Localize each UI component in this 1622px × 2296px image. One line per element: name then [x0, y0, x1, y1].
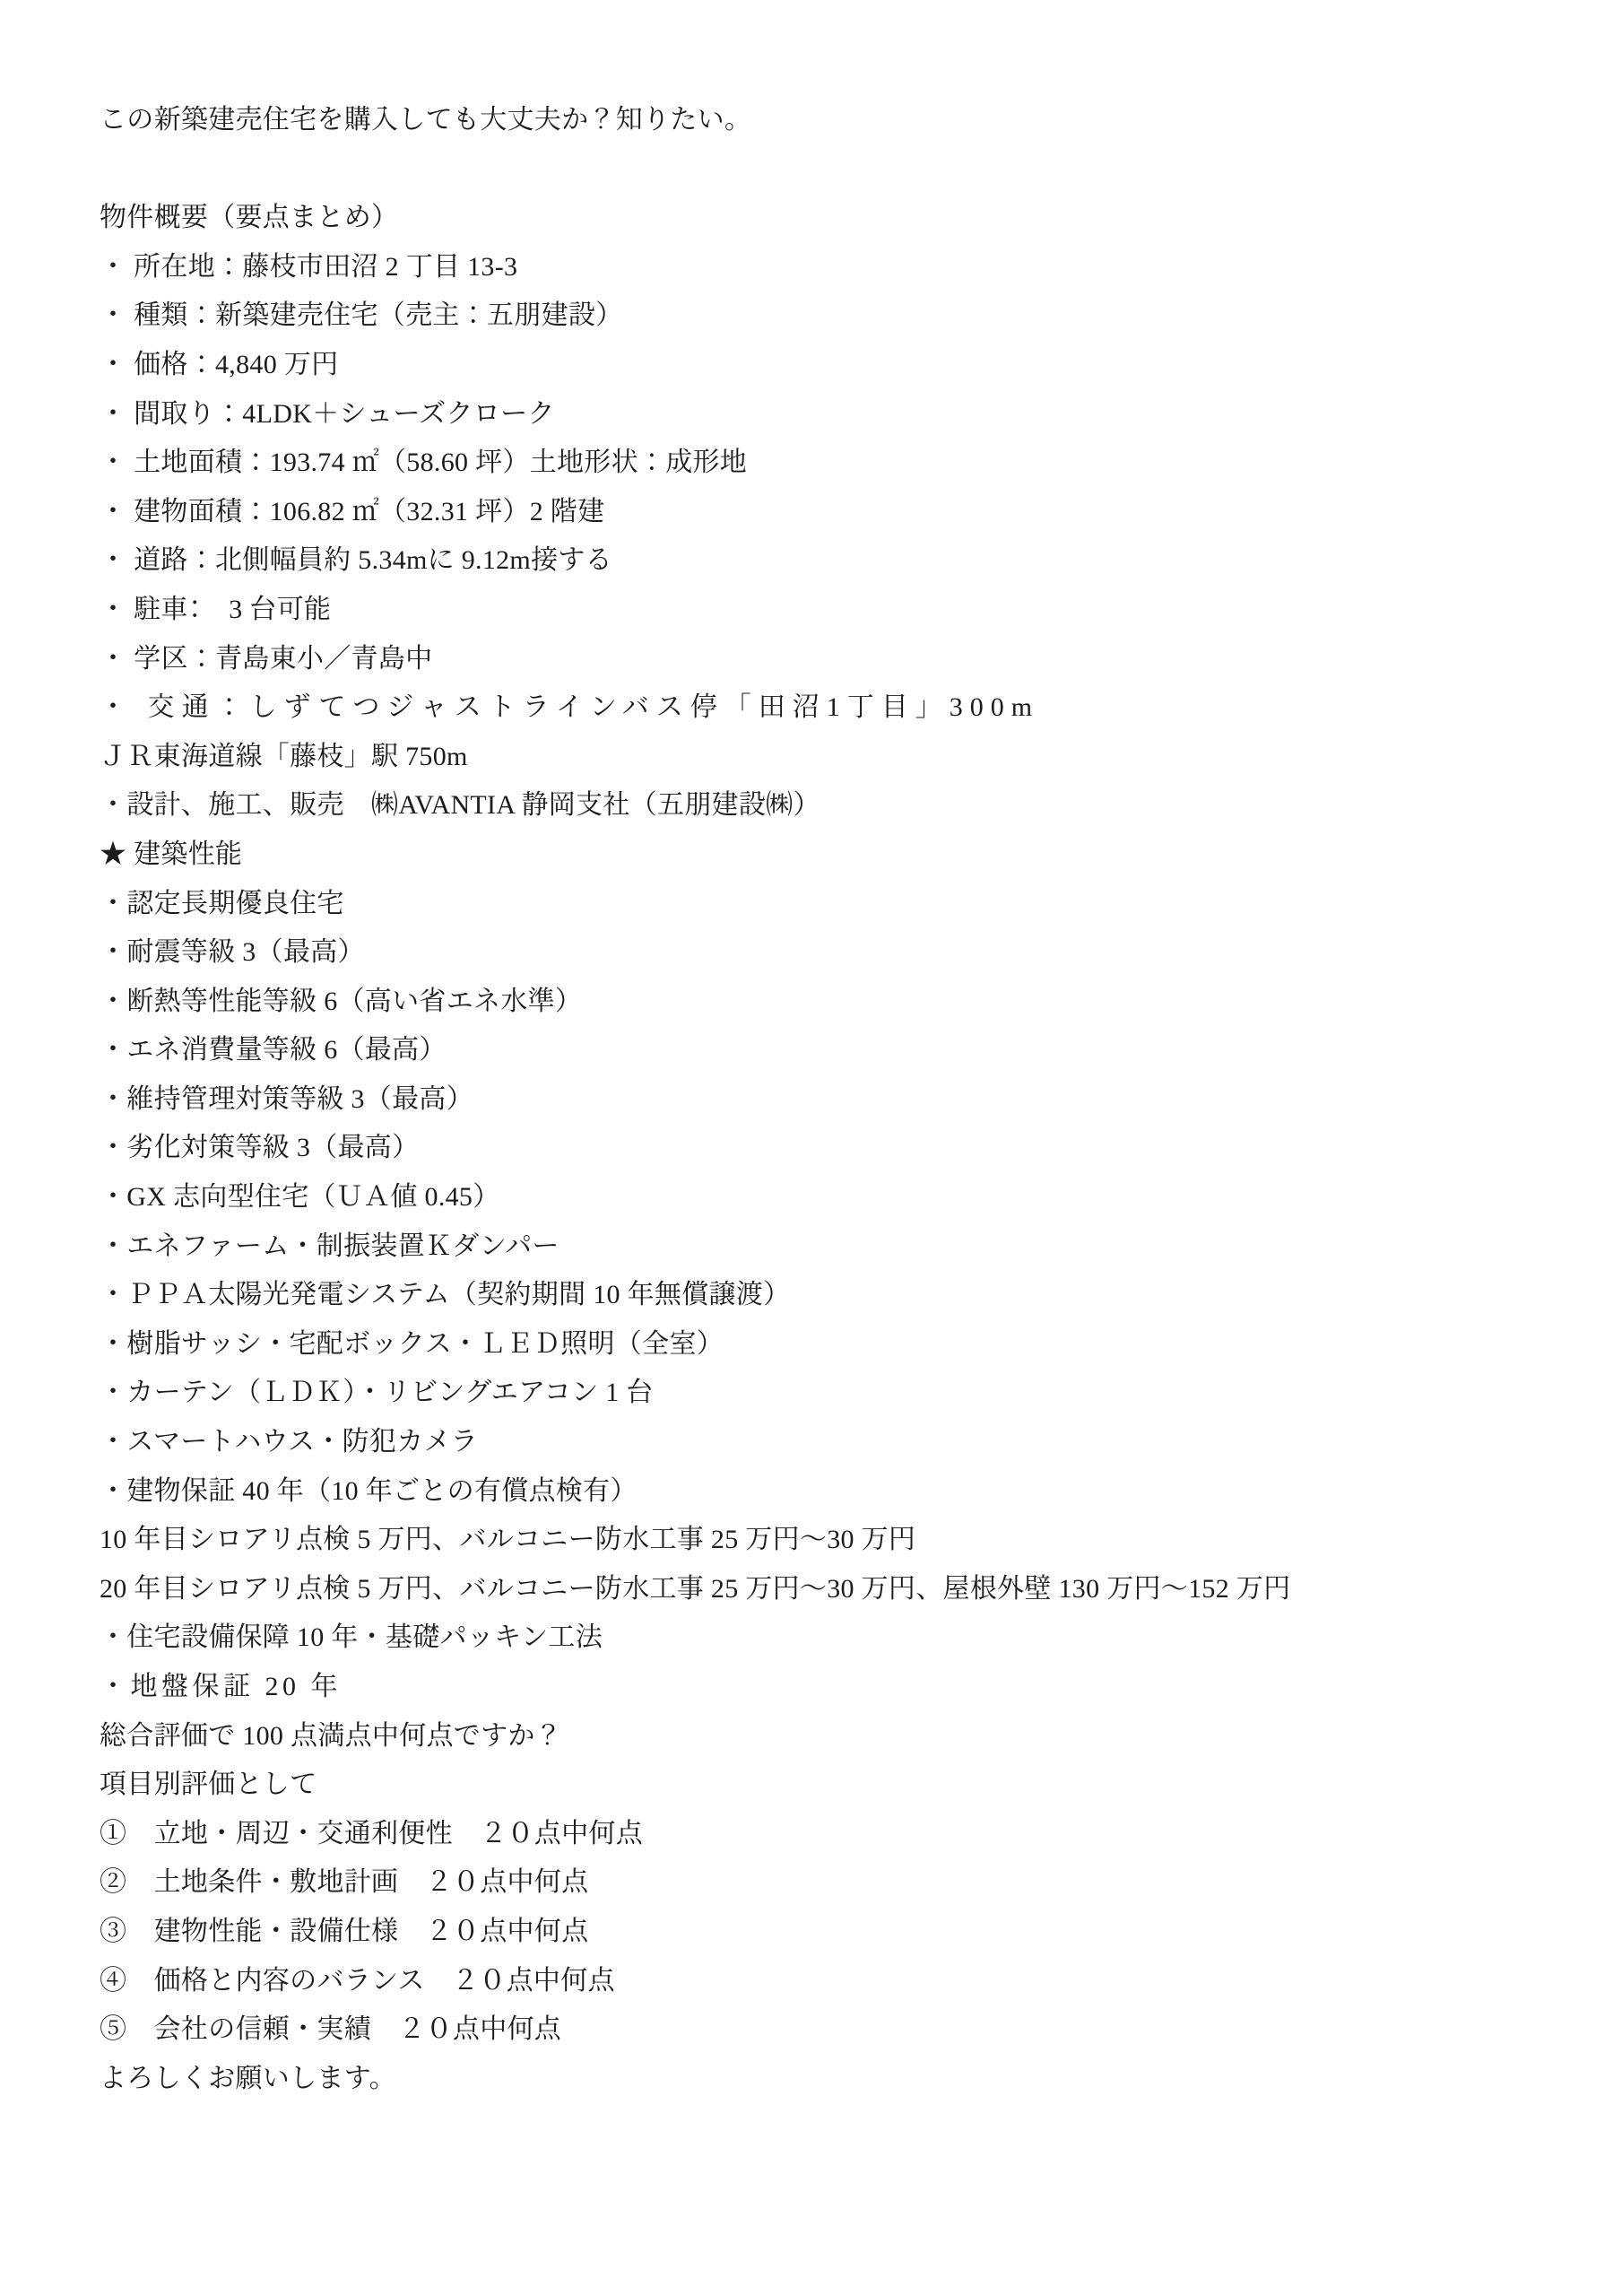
performance-item-enefarm: ・エネファーム・制振装置Ｋダンパー [100, 1222, 1588, 1272]
performance-item-smarthouse: ・スマートハウス・防犯カメラ [100, 1418, 1588, 1467]
performance-item-equipment: ・住宅設備保障 10 年・基礎パッキン工法 [100, 1613, 1588, 1663]
document-body: この新築建売住宅を購入しても大丈夫か？知りたい。物件概要（要点まとめ）・ 所在地… [100, 96, 1588, 2103]
overview-item-transport: ・ 交通：しずてつジャストラインバス停「田沼1丁目」300m [100, 683, 1588, 733]
itemized-evaluation-heading: 項目別評価として [100, 1761, 1588, 1810]
blank-line [100, 145, 1588, 195]
performance-item-longlife: ・認定長期優良住宅 [100, 880, 1588, 929]
evaluation-item-5: ⑤ 会社の信頼・実績 ２０点中何点 [100, 2005, 1588, 2055]
overview-item-floorplan: ・ 間取り：4LDK＋シューズクローク [100, 390, 1588, 439]
performance-item-degradation: ・劣化対策等級 3（最高） [100, 1124, 1588, 1173]
performance-item-insulation: ・断熱等性能等級 6（高い省エネ水準） [100, 978, 1588, 1027]
performance-heading: ★ 建築性能 [100, 831, 1588, 880]
transport-continuation: ＪＲ東海道線「藤枝」駅 750m [100, 733, 1588, 782]
closing-line: よろしくお願いします。 [100, 2055, 1588, 2104]
question-line: この新築建売住宅を購入しても大丈夫か？知りたい。 [100, 96, 1588, 145]
overview-item-price: ・ 価格：4,840 万円 [100, 341, 1588, 390]
evaluation-item-4: ④ 価格と内容のバランス ２０点中何点 [100, 1957, 1588, 2006]
performance-item-ppa: ・ＰＰＡ太陽光発電システム（契約期間 10 年無償譲渡） [100, 1271, 1588, 1320]
performance-item-gx: ・GX 志向型住宅（ＵＡ値 0.45） [100, 1173, 1588, 1222]
performance-item-maintenance: ・維持管理対策等級 3（最高） [100, 1075, 1588, 1125]
evaluation-item-1: ① 立地・周辺・交通利便性 ２０点中何点 [100, 1810, 1588, 1859]
performance-item-ground: ・地盤保証 20 年 [100, 1663, 1588, 1712]
overview-item-road: ・ 道路：北側幅員約 5.34mに 9.12m接する [100, 536, 1588, 586]
design-build-sell-line: ・設計、施工、販売 ㈱AVANTIA 静岡支社（五朋建設㈱） [100, 781, 1588, 831]
warranty-cost-10yr: 10 年目シロアリ点検 5 万円、バルコニー防水工事 25 万円〜30 万円 [100, 1516, 1588, 1565]
warranty-cost-20yr: 20 年目シロアリ点検 5 万円、バルコニー防水工事 25 万円〜30 万円、屋… [100, 1565, 1588, 1614]
overview-heading: 物件概要（要点まとめ） [100, 194, 1588, 243]
evaluation-item-2: ② 土地条件・敷地計画 ２０点中何点 [100, 1858, 1588, 1908]
overview-item-parking: ・ 駐車： 3 台可能 [100, 586, 1588, 635]
performance-item-curtain: ・カーテン（ＬＤＫ）・リビングエアコン 1 台 [100, 1369, 1588, 1418]
overview-item-school: ・ 学区：青島東小／青島中 [100, 635, 1588, 684]
overall-score-question: 総合評価で 100 点満点中何点ですか？ [100, 1712, 1588, 1761]
evaluation-item-3: ③ 建物性能・設備仕様 ２０点中何点 [100, 1908, 1588, 1957]
performance-item-seismic: ・耐震等級 3（最高） [100, 928, 1588, 978]
performance-item-warranty: ・建物保証 40 年（10 年ごとの有償点検有） [100, 1467, 1588, 1517]
overview-item-land-area: ・ 土地面積：193.74 ㎡（58.60 坪）土地形状：成形地 [100, 439, 1588, 488]
document-page: この新築建売住宅を購入しても大丈夫か？知りたい。物件概要（要点まとめ）・ 所在地… [0, 0, 1622, 2296]
overview-item-building-area: ・ 建物面積：106.82 ㎡（32.31 坪）2 階建 [100, 488, 1588, 537]
performance-item-energy: ・エネ消費量等級 6（最高） [100, 1026, 1588, 1075]
overview-item-location: ・ 所在地：藤枝市田沼 2 丁目 13-3 [100, 243, 1588, 292]
overview-item-type: ・ 種類：新築建売住宅（売主：五朋建設） [100, 291, 1588, 341]
performance-item-sash: ・樹脂サッシ・宅配ボックス・ＬＥＤ照明（全室） [100, 1320, 1588, 1370]
